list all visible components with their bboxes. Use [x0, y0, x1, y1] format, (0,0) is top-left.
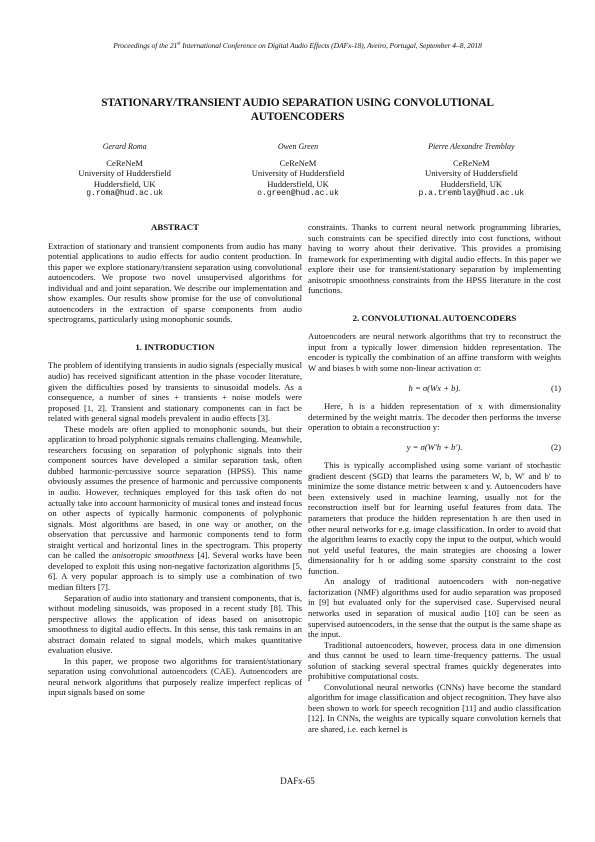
- cae-heading: 2. CONVOLUTIONAL AUTOENCODERS: [308, 313, 561, 324]
- right-column: constraints. Thanks to current neural ne…: [308, 222, 561, 735]
- equation-number: (2): [551, 442, 561, 453]
- author-affiliation: University of Huddersfield: [38, 168, 211, 179]
- intro-paragraph-4-continued: constraints. Thanks to current neural ne…: [308, 222, 561, 296]
- author-1: Gerard Roma CeReNeM University of Hudder…: [38, 142, 211, 200]
- equation-2: y = σ(W′h + b′). (2): [308, 442, 561, 453]
- author-location: Huddersfield, UK: [38, 179, 211, 190]
- paragraph-text: These models are often applied to monoph…: [48, 424, 302, 561]
- intro-paragraph-4: In this paper, we propose two algorithms…: [48, 656, 302, 698]
- author-affiliation: University of Huddersfield: [385, 168, 558, 179]
- cae-paragraph-5: Traditional autoencoders, however, proce…: [308, 640, 561, 682]
- cae-paragraph-6: Convolutional neural networks (CNNs) hav…: [308, 682, 561, 735]
- author-2: Owen Green CeReNeM University of Hudders…: [211, 142, 384, 200]
- author-affiliation: CeReNeM: [211, 158, 384, 169]
- running-header: Proceedings of the 21st International Co…: [0, 41, 595, 50]
- author-email[interactable]: p.a.tremblay@hud.ac.uk: [385, 189, 558, 200]
- author-email[interactable]: o.green@hud.ac.uk: [211, 189, 384, 200]
- author-location: Huddersfield, UK: [385, 179, 558, 190]
- page-number: DAFx-65: [0, 776, 595, 786]
- author-affiliation: CeReNeM: [38, 158, 211, 169]
- equation-body: h = σ(Wx + b).: [408, 383, 460, 394]
- cae-paragraph-3: This is typically accomplished using som…: [308, 460, 561, 576]
- author-location: Huddersfield, UK: [211, 179, 384, 190]
- author-affiliation: CeReNeM: [385, 158, 558, 169]
- header-text: Proceedings of the 21: [113, 41, 177, 50]
- emphasis-term: anisotropic smoothness: [112, 550, 194, 560]
- intro-paragraph-2: These models are often applied to monoph…: [48, 424, 302, 593]
- cae-paragraph-2: Here, h is a hidden representation of x …: [308, 401, 561, 433]
- equation-1: h = σ(Wx + b). (1): [308, 383, 561, 394]
- title-line-1: STATIONARY/TRANSIENT AUDIO SEPARATION US…: [60, 96, 535, 110]
- author-name: Owen Green: [211, 142, 384, 153]
- abstract-heading: ABSTRACT: [48, 222, 302, 233]
- cae-paragraph-4: An analogy of traditional autoencoders w…: [308, 576, 561, 639]
- left-column: ABSTRACT Extraction of stationary and tr…: [48, 222, 302, 698]
- header-text-rest: International Conference on Digital Audi…: [180, 41, 481, 50]
- equation-body: y = σ(W′h + b′).: [407, 442, 463, 453]
- intro-heading: 1. INTRODUCTION: [48, 342, 302, 353]
- author-name: Pierre Alexandre Tremblay: [385, 142, 558, 153]
- author-name: Gerard Roma: [38, 142, 211, 153]
- title-line-2: AUTOENCODERS: [60, 110, 535, 124]
- intro-paragraph-3: Separation of audio into stationary and …: [48, 593, 302, 656]
- abstract-text: Extraction of stationary and transient c…: [48, 241, 302, 325]
- author-block: Gerard Roma CeReNeM University of Hudder…: [38, 142, 558, 200]
- paper-title: STATIONARY/TRANSIENT AUDIO SEPARATION US…: [60, 96, 535, 124]
- equation-number: (1): [551, 383, 561, 394]
- cae-paragraph-1: Autoencoders are neural network algorith…: [308, 331, 561, 373]
- intro-paragraph-1: The problem of identifying transients in…: [48, 360, 302, 423]
- author-affiliation: University of Huddersfield: [211, 168, 384, 179]
- author-3: Pierre Alexandre Tremblay CeReNeM Univer…: [385, 142, 558, 200]
- author-email[interactable]: g.roma@hud.ac.uk: [38, 189, 211, 200]
